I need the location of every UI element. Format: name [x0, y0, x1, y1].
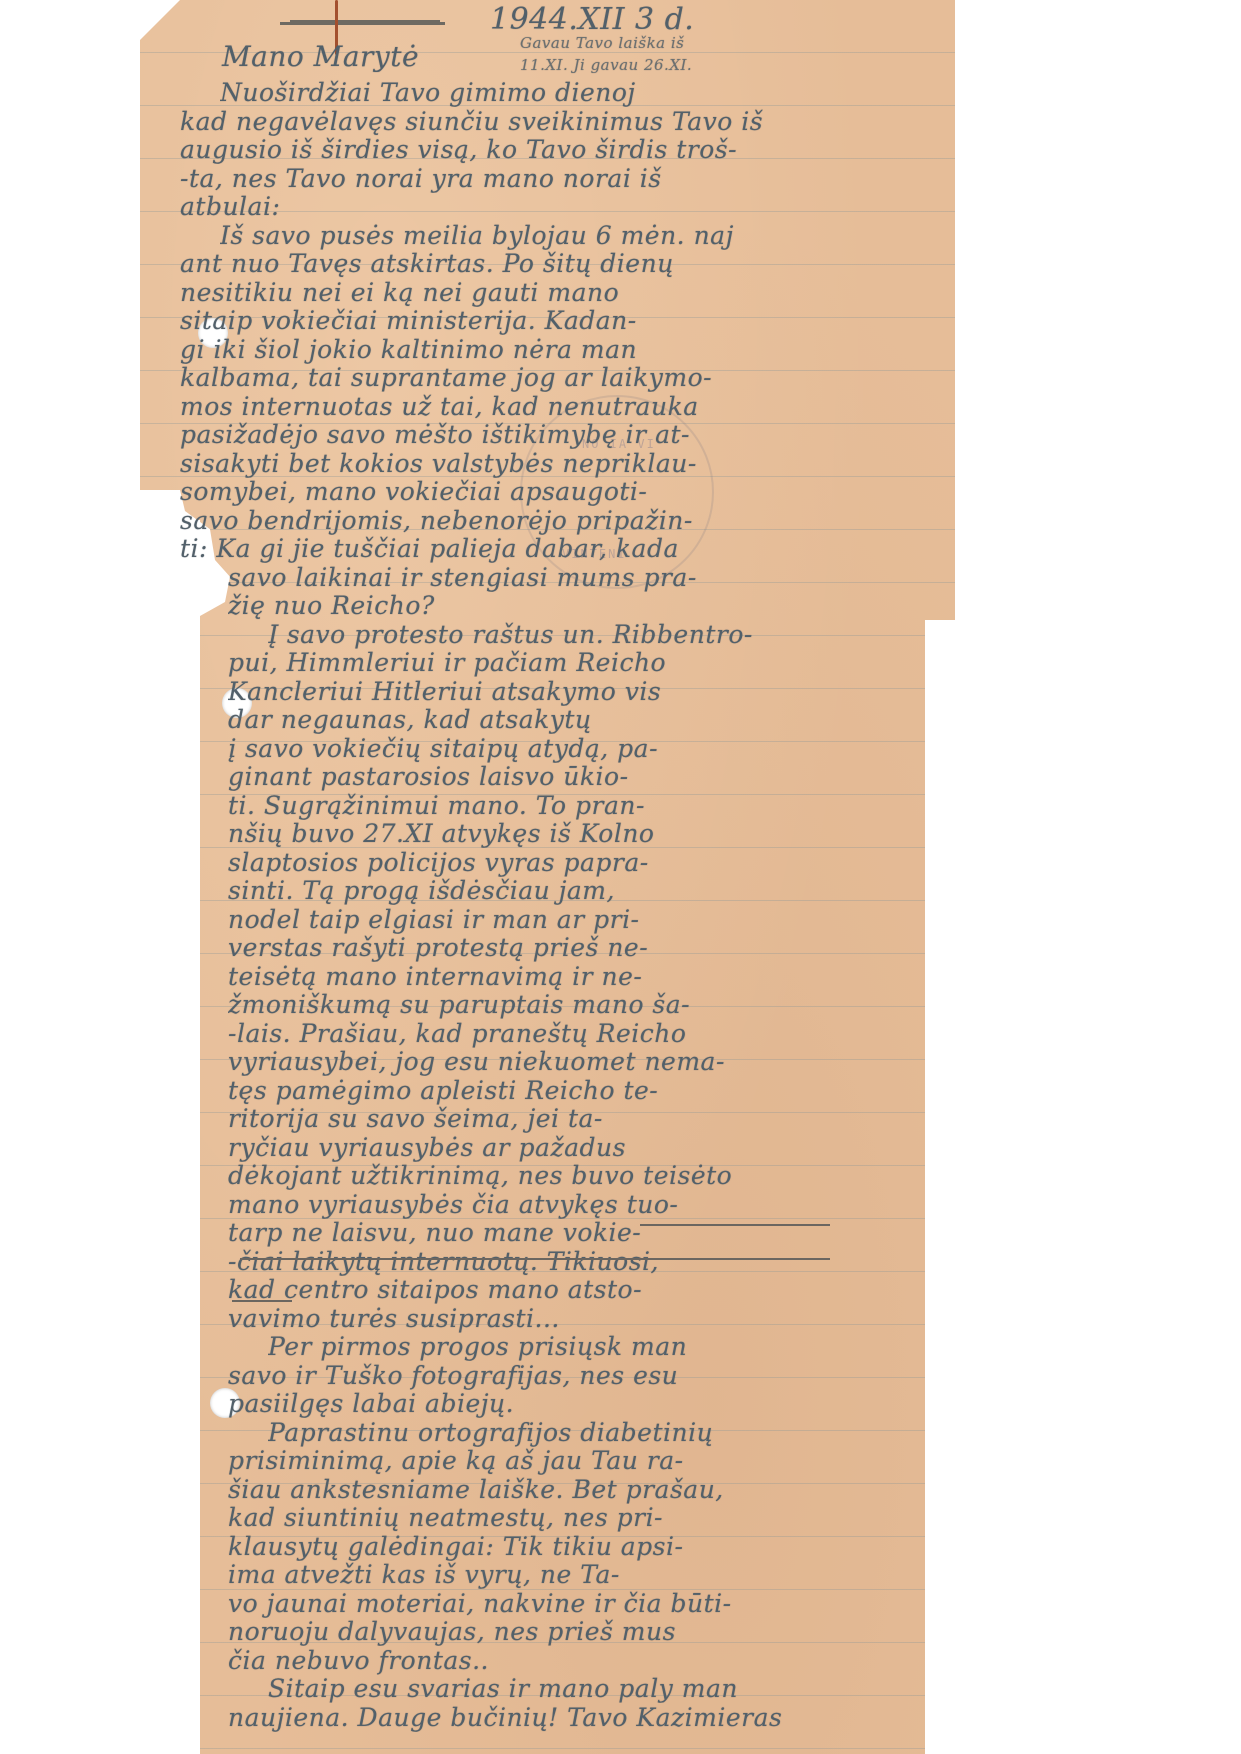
handwritten-line: ant nuo Tavęs atskirtas. Po šitų dienų: [180, 249, 674, 278]
crossed-out-heading: [290, 0, 440, 23]
header-note-line-2: 11.XI. Ji gavau 26.XI.: [520, 56, 692, 74]
handwritten-line: sinti. Tą progą išdėsčiau jam,: [228, 876, 615, 905]
handwritten-line: somybei, mano vokiečiai apsaugoti-: [180, 477, 647, 506]
handwritten-line: ritorija su savo šeima, jei ta-: [228, 1104, 603, 1133]
page-margin-right-lower: [925, 620, 965, 1754]
handwritten-line: noruoju dalyvaujas, nes prieš mus: [228, 1617, 676, 1646]
handwritten-line: prisiminimą, apie ką aš jau Tau ra-: [228, 1446, 684, 1475]
handwritten-line: ti. Sugrąžinimui mano. To pran-: [228, 791, 645, 820]
handwritten-line: žię nuo Reicho?: [228, 591, 435, 620]
handwritten-line: vo jaunai moteriai, nakvine ir čia būti-: [228, 1589, 732, 1618]
handwritten-line: ryčiau vyriausybės ar pažadus: [228, 1133, 626, 1162]
handwritten-line: kalbama, tai suprantame jog ar laikymo-: [180, 363, 712, 392]
handwritten-line: nodel taip elgiasi ir man ar pri-: [228, 905, 640, 934]
text-underline: [240, 1258, 830, 1260]
salutation: Mano Marytė: [222, 40, 419, 73]
handwritten-line: savo bendrijomis, nebenorėjo pripažin-: [180, 506, 693, 535]
handwritten-line: gi iki šiol jokio kaltinimo nėra man: [180, 335, 637, 364]
handwritten-line: žmoniškumą su paruptais mano ša-: [228, 990, 690, 1019]
handwritten-line: čia nebuvo frontas..: [228, 1646, 489, 1675]
letter-date: 1944.XII 3 d.: [490, 2, 694, 37]
handwritten-line: dėkojant užtikrinimą, nes buvo teisėto: [228, 1161, 732, 1190]
text-underline: [232, 1300, 292, 1302]
handwritten-line: ima atvežti kas iš vyrų, ne Ta-: [228, 1560, 620, 1589]
handwritten-line: pasiilgęs labai abiejų.: [228, 1389, 514, 1418]
handwritten-line: slaptosios policijos vyras papra-: [228, 848, 649, 877]
handwritten-line: pui, Himmleriui ir pačiam Reicho: [228, 648, 666, 677]
text-underline: [640, 1224, 830, 1226]
header-note-line-1: Gavau Tavo laiška iš: [520, 34, 684, 52]
page-margin-right: [955, 0, 975, 620]
handwritten-line: į savo vokiečių sitaipų atydą, pa-: [228, 734, 658, 763]
handwritten-line: augusio iš širdies visą, ko Tavo širdis …: [180, 135, 737, 164]
handwritten-line: tęs pamėgimo apleisti Reicho te-: [228, 1076, 658, 1105]
handwritten-line: naujiena. Dauge bučinių! Tavo Kazimieras: [228, 1703, 782, 1732]
handwritten-line: Nuoširdžiai Tavo gimimo dienoj: [220, 78, 636, 107]
heading-underline: [280, 22, 445, 25]
handwritten-line: verstas rašyti protestą prieš ne-: [228, 933, 648, 962]
handwritten-line: kad negavėlavęs siunčiu sveikinimus Tavo…: [180, 107, 763, 136]
handwritten-line: atbulai:: [180, 192, 280, 221]
handwritten-line: sisakyti bet kokios valstybės nepriklau-: [180, 449, 697, 478]
handwritten-line: Per pirmos progos prisiųsk man: [268, 1332, 687, 1361]
handwritten-line: šiau ankstesniame laiške. Bet prašau,: [228, 1475, 724, 1504]
handwritten-line: vyriausybei, jog esu niekuomet nema-: [228, 1047, 725, 1076]
handwritten-line: mano vyriausybės čia atvykęs tuo-: [228, 1190, 678, 1219]
handwritten-line: ti: Ka gi jie tuščiai palieja dabar, kad…: [180, 534, 679, 563]
handwritten-line: pasižadėjo savo mėšto ištikimybę ir at-: [180, 420, 690, 449]
handwritten-line: teisėtą mano internavimą ir ne-: [228, 962, 642, 991]
handwritten-line: dar negaunas, kad atsakytų: [228, 705, 592, 734]
handwritten-line: kad siuntinių neatmestų, nes pri-: [228, 1503, 663, 1532]
handwritten-line: ginant pastarosios laisvo ūkio-: [228, 762, 629, 791]
handwritten-line: -lais. Prašiau, kad praneštų Reicho: [228, 1019, 686, 1048]
handwritten-line: nšių buvo 27.XI atvykęs iš Kolno: [228, 819, 654, 848]
handwritten-line: Kancleriui Hitleriui atsakymo vis: [228, 677, 661, 706]
handwritten-line: Į savo protesto raštus un. Ribbentro-: [268, 620, 753, 649]
handwritten-line: -ta, nes Tavo norai yra mano norai iš: [180, 164, 662, 193]
handwritten-line: klausytų galėdingai: Tik tikiu apsi-: [228, 1532, 683, 1561]
handwritten-line: Paprastinu ortografijos diabetinių: [268, 1418, 713, 1447]
handwritten-line: sitaip vokiečiai ministerija. Kadan-: [180, 306, 637, 335]
handwritten-line: -čiai laikytų internuotų. Tikiuosi,: [228, 1247, 659, 1276]
handwritten-line: nesitikiu nei ei ką nei gauti mano: [180, 278, 619, 307]
handwritten-line: Iš savo pusės meilia bylojau 6 mėn. naj: [220, 221, 734, 250]
handwritten-line: Sitaip esu svarias ir mano paly man: [268, 1674, 738, 1703]
handwritten-line: vavimo turės susiprasti...: [228, 1304, 560, 1333]
handwritten-line: savo laikinai ir stengiasi mums pra-: [228, 563, 697, 592]
handwritten-line: tarp ne laisvu, nuo mane vokie-: [228, 1218, 641, 1247]
handwritten-line: mos internuotas už tai, kad nenutrauka: [180, 392, 699, 421]
handwritten-line: savo ir Tuško fotografijas, nes esu: [228, 1361, 678, 1390]
page-margin-left-lower: [140, 520, 200, 1754]
